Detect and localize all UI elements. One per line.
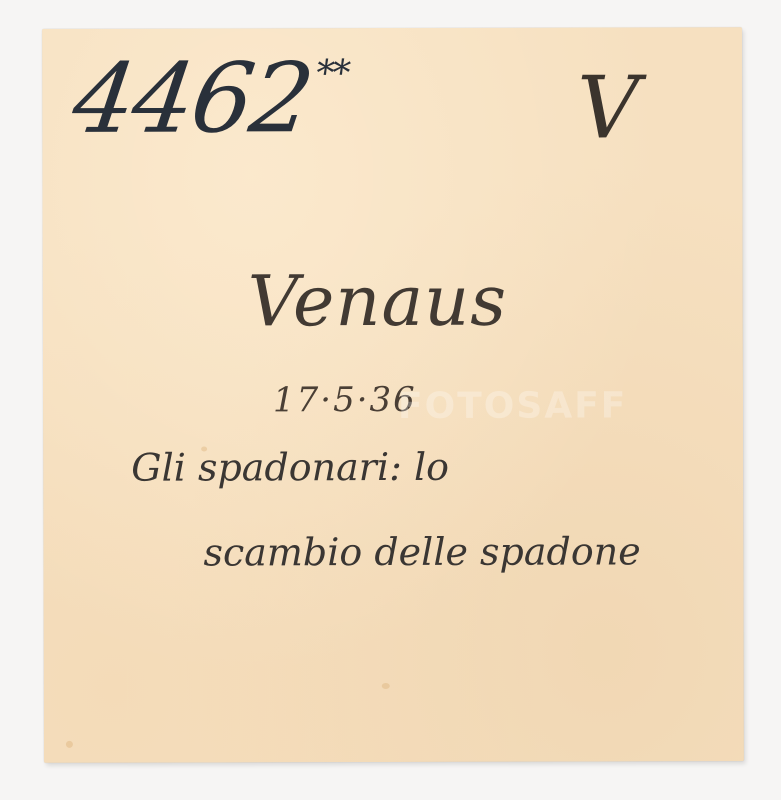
paper-stain bbox=[66, 741, 73, 748]
catalog-marks: ** bbox=[313, 53, 351, 94]
catalog-number-value: 4462 bbox=[66, 42, 318, 155]
date: 17·5·36 bbox=[273, 383, 417, 417]
description-line-1: Gli spadonari: lo bbox=[131, 448, 449, 487]
description-line-2: scambio delle spadone bbox=[203, 532, 640, 571]
series-letter: V bbox=[577, 65, 639, 151]
watermark: FOTOSAFF bbox=[398, 385, 627, 427]
paper-stain bbox=[382, 683, 390, 689]
place-name: Venaus bbox=[248, 266, 508, 337]
archival-card: 4462** V Venaus 17·5·36 FOTOSAFF Gli spa… bbox=[42, 27, 744, 763]
catalog-number: 4462** bbox=[68, 50, 352, 147]
paper-stain bbox=[201, 446, 207, 451]
